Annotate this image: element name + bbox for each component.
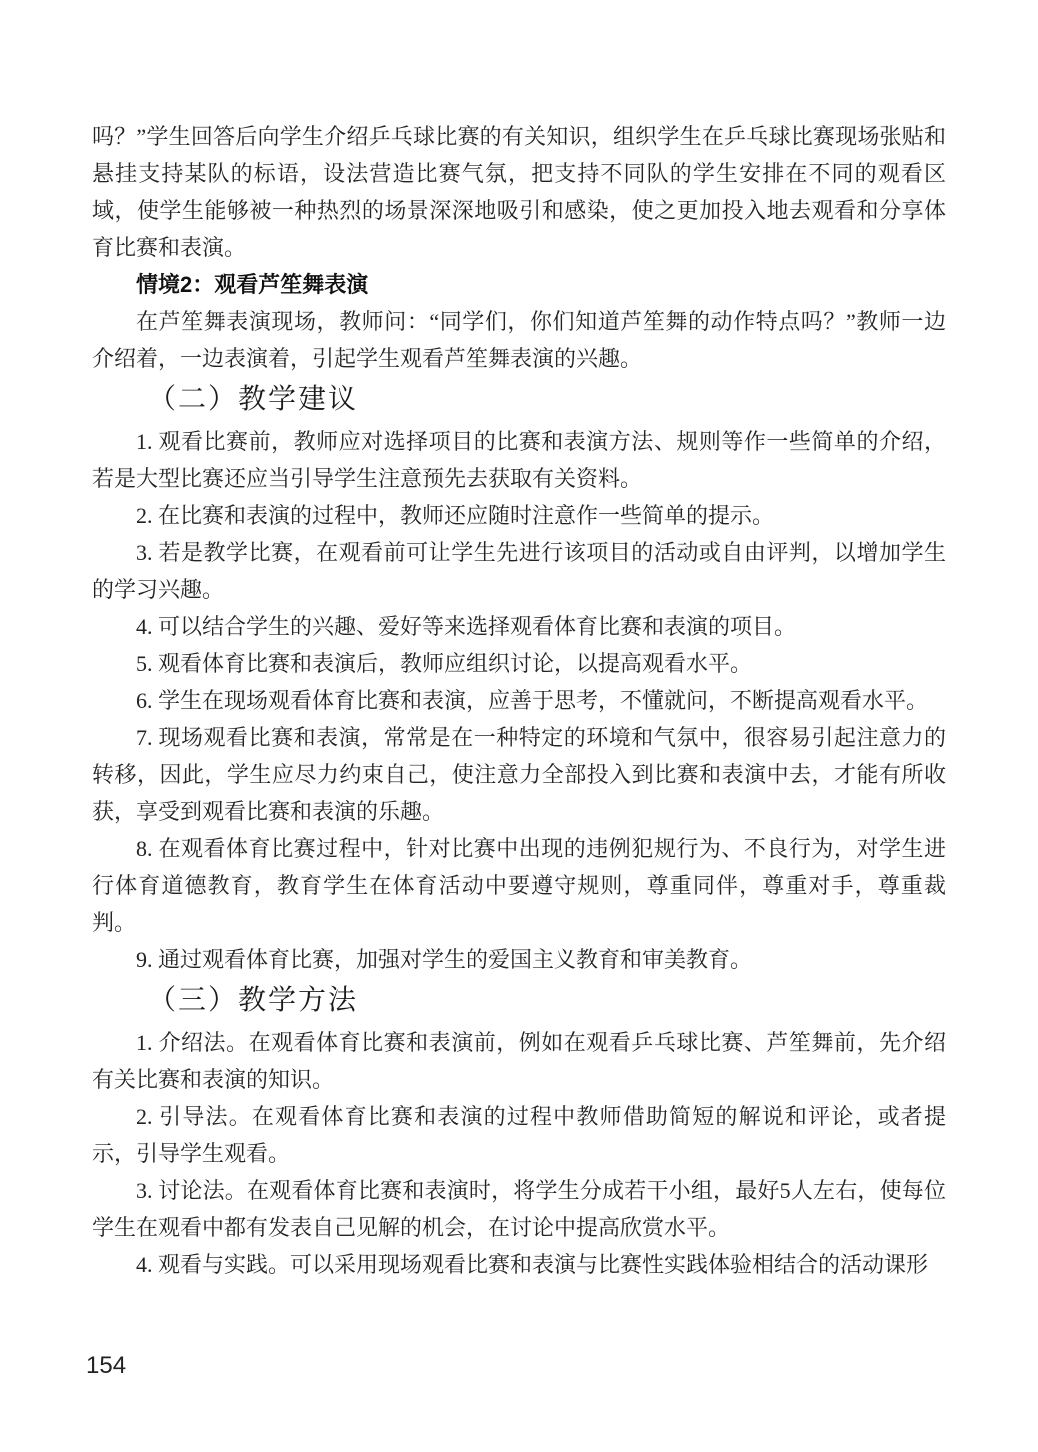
text-content: 吗？”学生回答后向学生介绍乒乓球比赛的有关知识，组织学生在乒乓球比赛现场张贴和悬… xyxy=(92,118,946,1283)
section2-item-9: 9. 通过观看体育比赛，加强对学生的爱国主义教育和审美教育。 xyxy=(92,941,946,978)
section2-item-1: 1. 观看比赛前，教师应对选择项目的比赛和表演方法、规则等作一些简单的介绍，若是… xyxy=(92,423,946,497)
section2-item-7: 7. 现场观看比赛和表演，常常是在一种特定的环境和气氛中，很容易引起注意力的转移… xyxy=(92,719,946,830)
section2-item-4: 4. 可以结合学生的兴趣、爱好等来选择观看体育比赛和表演的项目。 xyxy=(92,608,946,645)
section2-item-2: 2. 在比赛和表演的过程中，教师还应随时注意作一些简单的提示。 xyxy=(92,497,946,534)
section3-item-1: 1. 介绍法。在观看体育比赛和表演前，例如在观看乒乓球比赛、芦笙舞前，先介绍有关… xyxy=(92,1024,946,1098)
section3-item-4: 4. 观看与实践。可以采用现场观看比赛和表演与比赛性实践体验相结合的活动课形 xyxy=(92,1246,946,1283)
scenario2-body: 在芦笙舞表演现场，教师问：“同学们，你们知道芦笙舞的动作特点吗？”教师一边介绍着… xyxy=(92,303,946,377)
continuation-paragraph: 吗？”学生回答后向学生介绍乒乓球比赛的有关知识，组织学生在乒乓球比赛现场张贴和悬… xyxy=(92,118,946,266)
section2-item-8: 8. 在观看体育比赛过程中，针对比赛中出现的违例犯规行为、不良行为，对学生进行体… xyxy=(92,830,946,941)
section3-item-3: 3. 讨论法。在观看体育比赛和表演时，将学生分成若干小组，最好5人左右，使每位学… xyxy=(92,1172,946,1246)
section2-item-5: 5. 观看体育比赛和表演后，教师应组织讨论，以提高观看水平。 xyxy=(92,645,946,682)
section3-heading: （三）教学方法 xyxy=(92,978,946,1024)
section2-item-6: 6. 学生在现场观看体育比赛和表演，应善于思考，不懂就问，不断提高观看水平。 xyxy=(92,682,946,719)
page-number: 154 xyxy=(86,1352,126,1380)
section3-item-2: 2. 引导法。在观看体育比赛和表演的过程中教师借助简短的解说和评论，或者提示，引… xyxy=(92,1098,946,1172)
section2-item-3: 3. 若是教学比赛，在观看前可让学生先进行该项目的活动或自由评判，以增加学生的学… xyxy=(92,534,946,608)
section2-heading: （二）教学建议 xyxy=(92,377,946,423)
scenario2-heading: 情境2：观看芦笙舞表演 xyxy=(92,266,946,303)
book-page: 吗？”学生回答后向学生介绍乒乓球比赛的有关知识，组织学生在乒乓球比赛现场张贴和悬… xyxy=(0,0,1038,1452)
